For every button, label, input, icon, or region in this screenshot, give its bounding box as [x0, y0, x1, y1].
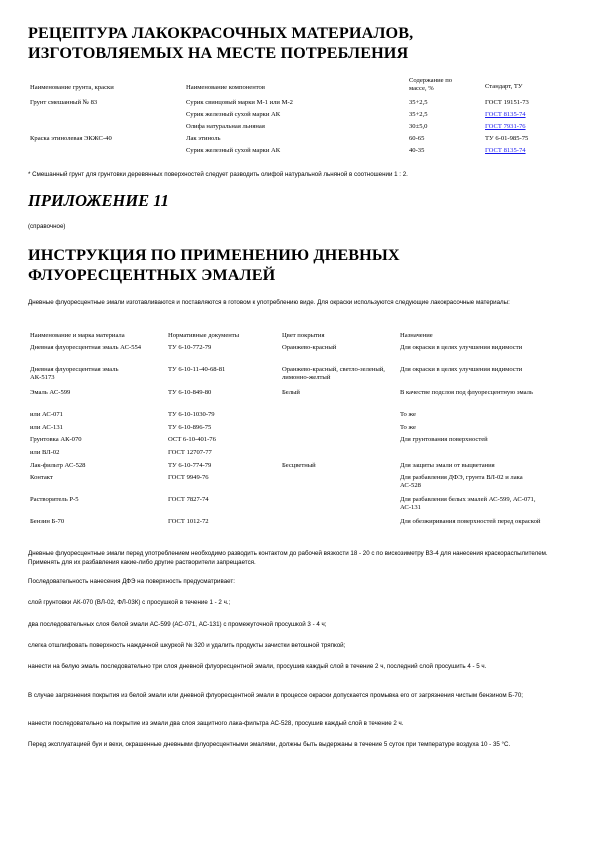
table2-row-doc: ГОСТ 12707-77 [168, 449, 212, 457]
table1-row-standard: ГОСТ 19151-73 [485, 99, 529, 107]
paragraph: два последовательных слоя белой эмали АС… [28, 620, 573, 629]
paragraph: нанести на белую эмаль последовательно т… [28, 662, 568, 671]
table2-row-material: Лак-фильтр АС-528 [30, 462, 85, 470]
table2-row-purpose: То же [400, 424, 416, 432]
appendix-title: ПРИЛОЖЕНИЕ 11 [28, 191, 169, 211]
table1-row-content: 35+2,5 [409, 99, 428, 107]
paragraph: слегка отшлифовать поверхность наждачной… [28, 641, 573, 650]
table2-row-doc: ТУ 6-10-774-79 [168, 462, 211, 470]
intro-paragraph: Дневные флуоресцентные эмали изготавлива… [28, 298, 568, 307]
table1-row-content: 30±5,0 [409, 123, 427, 131]
table1-row-content: 60-65 [409, 135, 424, 143]
section1-title-line1: РЕЦЕПТУРА ЛАКОКРАСОЧНЫХ МАТЕРИАЛОВ, [28, 23, 413, 43]
table2-row-purpose: Для грунтования поверхностей [400, 436, 488, 444]
paragraph: слой грунтовки АК-070 (ВЛ-02, ФЛ-03К) с … [28, 598, 573, 607]
table2-row-purpose: В качестве подслоя под флуоресцентную эм… [400, 389, 550, 397]
table2-row-material: Контакт [30, 474, 53, 482]
table1-header-components: Наименование компонентов [186, 84, 396, 92]
table2-header-purpose: Назначение [400, 332, 560, 340]
table1-row-component: Сурик железный сухой марки АК [186, 111, 280, 119]
footnote: * Смешанный грунт для грунтовки деревянн… [28, 170, 573, 179]
table2-row-purpose: Для окраски в целях улучшения видимости [400, 344, 540, 352]
table2-row-material: Эмаль АС-599 [30, 389, 70, 397]
table2-row-material: Дневная флуоресцентная эмаль АС-554 [30, 344, 142, 352]
table1-row-component: Олифа натуральная льняная [186, 123, 265, 131]
appendix-subtitle: (справочное) [28, 222, 573, 231]
table1-row-name: Краска этинолевая ЭКЖС-40 [30, 135, 112, 143]
table2-row-doc: ТУ 6-10-11-40-68-81 [168, 366, 225, 374]
paragraph: В случае загрязнения покрытия из белой э… [28, 691, 568, 700]
table2-row-material: или ВЛ-02 [30, 449, 59, 457]
table2-row-doc: ГОСТ 9949-76 [168, 474, 209, 482]
paragraph: Перед эксплуатацией буи и вехи, окрашенн… [28, 740, 568, 749]
paragraph: Последовательность нанесения ДФЭ на пове… [28, 577, 573, 586]
table2-row-purpose: Для окраски в целях улучшения видимости [400, 366, 540, 374]
table2-header-docs: Нормативные документы [168, 332, 278, 340]
table1-header-content: Содержание по массе, % [409, 77, 471, 94]
table2-row-doc: ОСТ 6-10-401-76 [168, 436, 216, 444]
table2-header-material: Наименование и марка материала [30, 332, 170, 340]
table1-row-component: Сурик железный сухой марки АК [186, 147, 280, 155]
table1-row-standard-link[interactable]: ГОСТ 7931-76 [485, 123, 526, 131]
table2-row-material: Грунтовка АК-070 [30, 436, 82, 444]
table1-row-content: 35+2,5 [409, 111, 428, 119]
section1-title-line2: ИЗГОТОВЛЯЕМЫХ НА МЕСТЕ ПОТРЕБЛЕНИЯ [28, 43, 408, 63]
table2-row-doc: ГОСТ 1012-72 [168, 518, 209, 526]
table1-row-content: 40-35 [409, 147, 424, 155]
table2-row-purpose: То же [400, 411, 416, 419]
table2-row-doc: ТУ 6-10-896-75 [168, 424, 211, 432]
table2-row-doc: ТУ 6-10-1030-79 [168, 411, 215, 419]
section2-title-line1: ИНСТРУКЦИЯ ПО ПРИМЕНЕНИЮ ДНЕВНЫХ [28, 245, 400, 265]
table1-row-standard-link[interactable]: ГОСТ 8135-74 [485, 111, 526, 119]
table1-row-standard: ТУ 6-01-985-75 [485, 135, 528, 143]
table1-header-standard: Стандарт, ТУ [485, 83, 575, 91]
document-page: РЕЦЕПТУРА ЛАКОКРАСОЧНЫХ МАТЕРИАЛОВ, ИЗГО… [0, 0, 595, 842]
paragraph: нанести последовательно на покрытие из э… [28, 719, 573, 728]
table2-row-doc: ТУ 6-10-849-80 [168, 389, 211, 397]
table2-row-doc: ГОСТ 7827-74 [168, 496, 209, 504]
table2-row-color: Бесцветный [282, 462, 316, 470]
table2-row-doc: ТУ 6-10-772-79 [168, 344, 211, 352]
table2-header-color: Цвет покрытия [282, 332, 392, 340]
table2-row-material: Растворитель Р-5 [30, 496, 79, 504]
table2-row-purpose: Для обезжиривания поверхностей перед окр… [400, 518, 550, 526]
table2-row-purpose: Для разбавления ДФЭ, грунта ВЛ-02 и лака… [400, 474, 540, 491]
table2-row-material: или АС-131 [30, 424, 63, 432]
table1-header-name: Наименование грунта, краски [30, 84, 180, 92]
table2-row-color: Белый [282, 389, 300, 397]
table1-row-component: Сурик свинцовый марки М-1 или М-2 [186, 99, 293, 107]
table2-row-purpose: Для защиты эмали от выцветания [400, 462, 495, 470]
paragraph: Дневные флуоресцентные эмали перед употр… [28, 549, 568, 568]
table2-row-material: Бензин Б-70 [30, 518, 64, 526]
table1-row-component: Лак этиноль [186, 135, 221, 143]
table2-row-purpose: Для разбавления белых эмалей АС-599, АС-… [400, 496, 550, 513]
table2-row-color: Оранжево-красный [282, 344, 392, 352]
section2-title-line2: ФЛУОРЕСЦЕНТНЫХ ЭМАЛЕЙ [28, 265, 275, 285]
table1-row-standard-link[interactable]: ГОСТ 8135-74 [485, 147, 526, 155]
table1-row-name: Грунт смешанный № 83 [30, 99, 97, 107]
table2-row-color: Оранжево-красный, светло-зеленый, лимонн… [282, 366, 392, 383]
table2-row-material: Дневная флуоресцентная эмаль АК-5173 [30, 366, 142, 383]
table2-row-material: или АС-071 [30, 411, 63, 419]
